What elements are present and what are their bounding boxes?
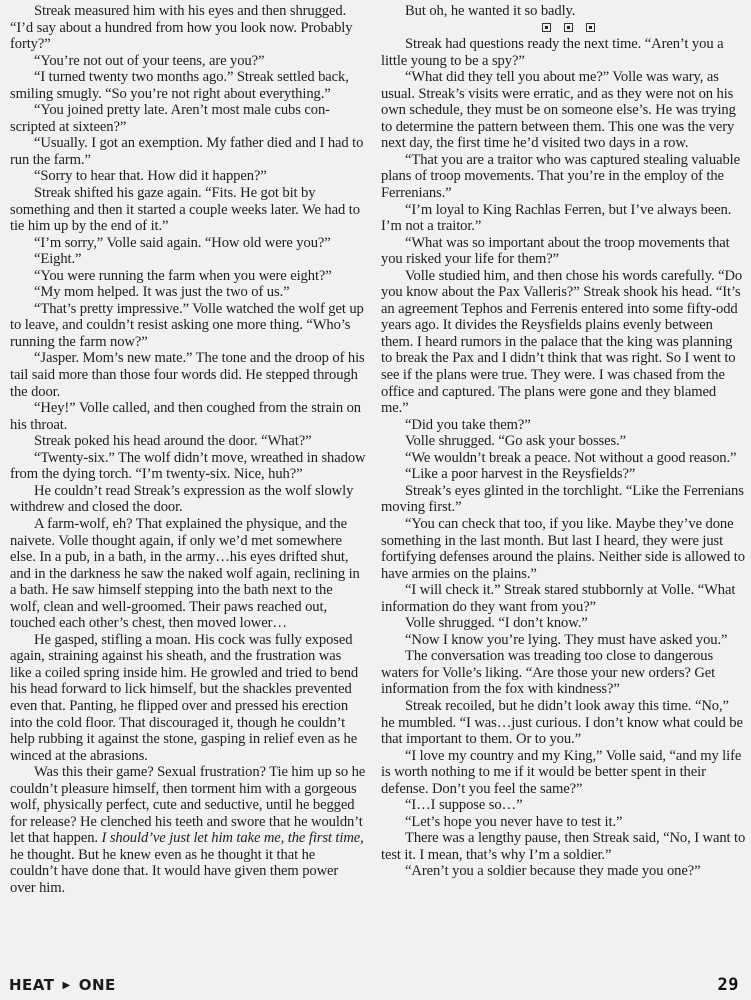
square-dingbat-icon	[542, 23, 551, 32]
text-run: he thought. But he knew even as he thoug…	[10, 847, 338, 896]
paragraph: Streak had questions ready the next time…	[381, 36, 746, 69]
paragraph: “You can check that too, if you like. Ma…	[381, 516, 746, 582]
paragraph: Streak measured him with his eyes and th…	[10, 3, 366, 53]
paragraph: “We wouldn’t break a peace. Not without …	[381, 450, 746, 467]
paragraph: Volle studied him, and then chose his wo…	[381, 268, 746, 417]
magazine-page: Streak measured him with his eyes and th…	[0, 0, 751, 1000]
paragraph: Streak’s eyes glinted in the torchlight.…	[381, 483, 746, 516]
paragraph: “I’m loyal to King Rachlas Ferren, but I…	[381, 202, 746, 235]
paragraph: Volle shrugged. “I don’t know.”	[381, 615, 746, 632]
paragraph: He gasped, stifling a moan. His cock was…	[10, 632, 366, 764]
paragraph: “That’s pretty impressive.” Volle watche…	[10, 301, 366, 351]
paragraph-with-italic: Was this their game? Sexual frustration?…	[10, 764, 366, 896]
right-column: But oh, he wanted it so badly. Streak ha…	[381, 3, 746, 880]
paragraph: “You were running the farm when you were…	[10, 268, 366, 285]
paragraph: “Twenty-six.” The wolf didn’t move, wrea…	[10, 450, 366, 483]
paragraph: “Hey!” Volle called, and then coughed fr…	[10, 400, 366, 433]
issue-label: ONE	[79, 976, 116, 994]
paragraph: Streak poked his head around the door. “…	[10, 433, 366, 450]
paragraph: Streak shifted his gaze again. “Fits. He…	[10, 185, 366, 235]
paragraph: “What did they tell you about me?” Volle…	[381, 69, 746, 152]
paragraph: There was a lengthy pause, then Streak s…	[381, 830, 746, 863]
paragraph: “Now I know you’re lying. They must have…	[381, 632, 746, 649]
paragraph: “Jasper. Mom’s new mate.” The tone and t…	[10, 350, 366, 400]
paragraph: “I…I suppose so…”	[381, 797, 746, 814]
publication-name: HEAT	[9, 976, 54, 994]
square-dingbat-icon	[564, 23, 573, 32]
paragraph: Volle shrugged. “Go ask your bosses.”	[381, 433, 746, 450]
running-footer: HEAT ▶ ONE	[9, 976, 116, 994]
paragraph: “Sorry to hear that. How did it happen?”	[10, 168, 366, 185]
paragraph: “I love my country and my King,” Volle s…	[381, 748, 746, 798]
section-break	[381, 20, 746, 37]
paragraph: “Let’s hope you never have to test it.”	[381, 814, 746, 831]
paragraph: “Like a poor harvest in the Reysfields?”	[381, 466, 746, 483]
paragraph: “Aren’t you a soldier because they made …	[381, 863, 746, 880]
paragraph: “I’m sorry,” Volle said again. “How old …	[10, 235, 366, 252]
paragraph: “That you are a traitor who was captured…	[381, 152, 746, 202]
italic-thought: I should’ve just let him take me, the fi…	[102, 830, 364, 846]
left-column: Streak measured him with his eyes and th…	[10, 3, 366, 897]
paragraph: “I turned twenty two months ago.” Streak…	[10, 69, 366, 102]
paragraph: “I will check it.” Streak stared stubbor…	[381, 582, 746, 615]
paragraph: “What was so important about the troop m…	[381, 235, 746, 268]
paragraph: “You’re not out of your teens, are you?”	[10, 53, 366, 70]
paragraph: The conversation was treading too close …	[381, 648, 746, 698]
play-arrow-icon: ▶	[62, 980, 70, 991]
paragraph: “You joined pretty late. Aren’t most mal…	[10, 102, 366, 135]
paragraph: “Did you take them?”	[381, 417, 746, 434]
paragraph: He couldn’t read Streak’s expression as …	[10, 483, 366, 516]
paragraph: “Usually. I got an exemption. My father …	[10, 135, 366, 168]
paragraph: “Eight.”	[10, 251, 366, 268]
paragraph: A farm-wolf, eh? That explained the phys…	[10, 516, 366, 632]
paragraph: Streak recoiled, but he didn’t look away…	[381, 698, 746, 748]
paragraph: “My mom helped. It was just the two of u…	[10, 284, 366, 301]
opening-line: But oh, he wanted it so badly.	[381, 3, 746, 20]
page-number: 29	[718, 975, 739, 995]
square-dingbat-icon	[586, 23, 595, 32]
